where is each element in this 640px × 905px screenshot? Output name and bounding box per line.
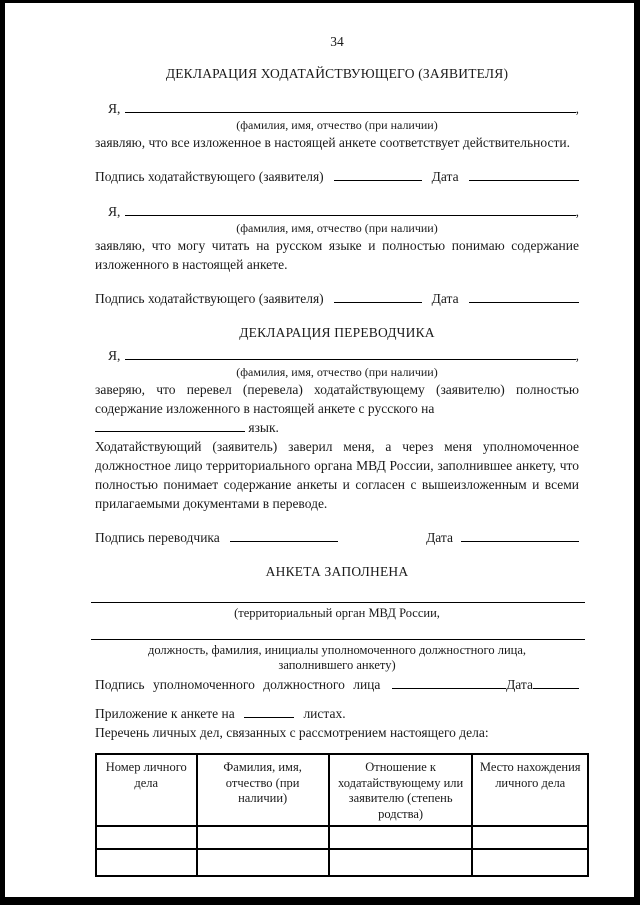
applicant-declaration-title: ДЕКЛАРАЦИЯ ХОДАТАЙСТВУЮЩЕГО (ЗАЯВИТЕЛЯ)	[95, 64, 579, 83]
form-page: 34 ДЕКЛАРАЦИЯ ХОДАТАЙСТВУЮЩЕГО (ЗАЯВИТЕЛ…	[95, 32, 579, 877]
date-label: Дата	[432, 289, 459, 308]
statement-truth: заявляю, что все изложенное в настоящей …	[95, 133, 579, 152]
scan-edge-right	[634, 0, 640, 905]
trailing-comma: ,	[576, 346, 579, 365]
translator-name-line: Я, ,	[95, 345, 579, 365]
signature-blank	[334, 167, 422, 181]
language-blank	[95, 418, 245, 432]
ya-label: Я,	[95, 202, 120, 221]
applicant-signature-label: Подпись ходатайствующего (заявителя)	[95, 167, 324, 186]
applicant-signature-row-2: Подпись ходатайствующего (заявителя) Дат…	[95, 289, 579, 308]
cases-list-intro: Перечень личных дел, связанных с рассмот…	[95, 723, 579, 742]
personal-files-table: Номер личного дела Фамилия, имя, отчеств…	[95, 753, 589, 877]
scan-edge-top	[5, 0, 640, 3]
cell-location	[472, 826, 588, 849]
statement-confirm: Ходатайствующий (заявитель) заверил меня…	[95, 437, 579, 513]
scan-edge-left	[0, 0, 5, 905]
language-word: язык.	[248, 420, 279, 435]
form-completed-title: АНКЕТА ЗАПОЛНЕНА	[95, 562, 579, 581]
date-label: Дата	[506, 675, 533, 694]
translator-signature-row: Подпись переводчика Дата	[95, 528, 579, 547]
official-signature-row: Подпись уполномоченного должностного лиц…	[95, 675, 579, 694]
table-row	[96, 849, 588, 876]
cell-case-number	[96, 849, 197, 876]
official-signature-label: Подпись уполномоченного должностного лиц…	[95, 675, 380, 694]
trailing-comma: ,	[576, 202, 579, 221]
date-blank	[461, 528, 579, 542]
authority-caption: (территориальный орган МВД России,	[95, 606, 579, 621]
attachment-text-after: листах.	[303, 706, 345, 721]
header-full-name: Фамилия, имя, отчество (при наличии)	[197, 754, 329, 826]
date-label: Дата	[426, 528, 453, 547]
name-underline	[125, 98, 575, 113]
table-header-row: Номер личного дела Фамилия, имя, отчеств…	[96, 754, 588, 826]
translator-declaration-title: ДЕКЛАРАЦИЯ ПЕРЕВОДЧИКА	[95, 323, 579, 342]
signature-blank	[392, 675, 506, 689]
cell-relation	[329, 826, 473, 849]
cell-case-number	[96, 826, 197, 849]
applicant-signature-label: Подпись ходатайствующего (заявителя)	[95, 289, 324, 308]
attachment-text-before: Приложение к анкете на	[95, 706, 235, 721]
applicant-name-line-1: Я, ,	[95, 98, 579, 118]
cell-full-name	[197, 849, 329, 876]
page-number: 34	[95, 32, 579, 51]
signature-blank	[334, 289, 422, 303]
cell-full-name	[197, 826, 329, 849]
language-blank-line: язык.	[95, 418, 579, 437]
official-caption-line1: должность, фамилия, инициалы уполномочен…	[95, 643, 579, 658]
applicant-signature-row-1: Подпись ходатайствующего (заявителя) Дат…	[95, 167, 579, 186]
date-blank	[469, 289, 579, 303]
name-underline	[125, 345, 575, 360]
name-caption: (фамилия, имя, отчество (при наличии)	[95, 365, 579, 380]
header-case-number: Номер личного дела	[96, 754, 197, 826]
statement-language: заявляю, что могу читать на русском язык…	[95, 236, 579, 274]
date-label: Дата	[432, 167, 459, 186]
date-blank	[533, 675, 579, 689]
name-caption: (фамилия, имя, отчество (при наличии)	[95, 118, 579, 133]
ya-label: Я,	[95, 99, 120, 118]
trailing-comma: ,	[576, 99, 579, 118]
authority-underline	[91, 590, 585, 603]
header-relation: Отношение к ходатайствующему или заявите…	[329, 754, 473, 826]
date-blank	[469, 167, 579, 181]
name-underline	[125, 201, 575, 216]
scan-edge-bottom	[0, 897, 640, 905]
cell-location	[472, 849, 588, 876]
signature-blank	[230, 528, 338, 542]
official-underline	[91, 627, 585, 640]
attachment-line: Приложение к анкете на листах.	[95, 704, 579, 723]
name-caption: (фамилия, имя, отчество (при наличии)	[95, 221, 579, 236]
cell-relation	[329, 849, 473, 876]
table-row	[96, 826, 588, 849]
sheets-count-blank	[244, 704, 294, 718]
translator-signature-label: Подпись переводчика	[95, 528, 220, 547]
statement-translated: заверяю, что перевел (перевела) ходатайс…	[95, 380, 579, 418]
ya-label: Я,	[95, 346, 120, 365]
applicant-name-line-2: Я, ,	[95, 201, 579, 221]
official-caption-line2: заполнившего анкету)	[95, 658, 579, 673]
header-location: Место нахождения личного дела	[472, 754, 588, 826]
